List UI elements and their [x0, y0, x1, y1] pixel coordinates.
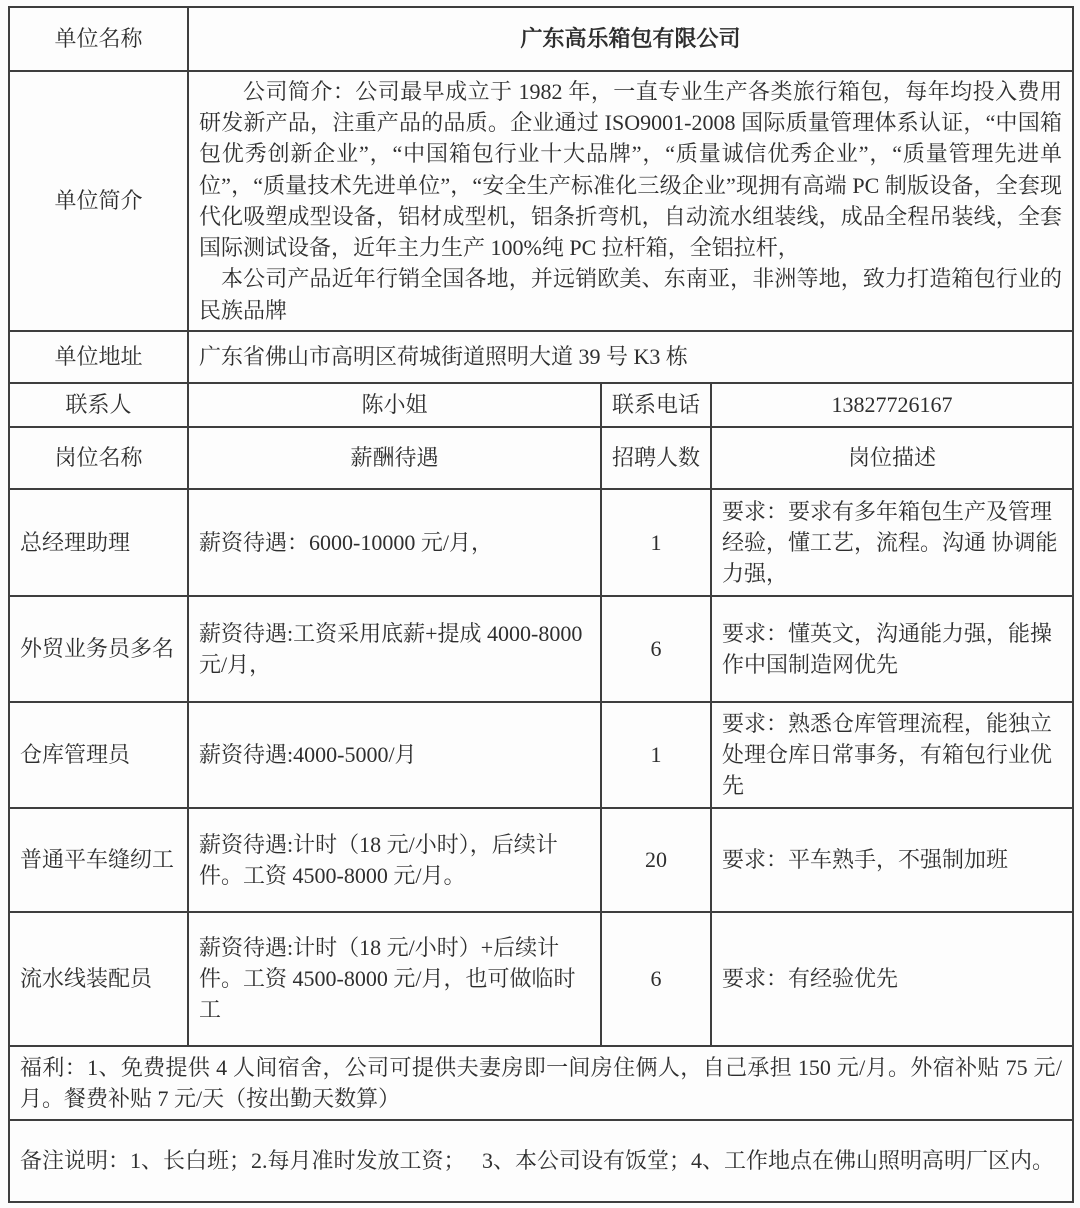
job-description: 要求：熟悉仓库管理流程，能独立处理仓库日常事务，有箱包行业优先 — [711, 702, 1073, 808]
job-row: 总经理助理 薪资待遇：6000-10000 元/月， 1 要求：要求有多年箱包生… — [9, 489, 1073, 596]
benefits-row: 福利：1、免费提供 4 人间宿舍，公司可提供夫妻房即一间房住俩人，自己承担 15… — [9, 1046, 1073, 1120]
job-headcount: 20 — [601, 808, 711, 912]
job-description: 要求：要求有多年箱包生产及管理经验，懂工艺，流程。沟通 协调能力强， — [711, 489, 1073, 596]
job-description: 要求：有经验优先 — [711, 912, 1073, 1046]
job-headcount: 1 — [601, 702, 711, 808]
contact-name: 陈小姐 — [188, 383, 601, 427]
job-title: 外贸业务员多名 — [9, 596, 188, 702]
job-salary: 薪资待遇：6000-10000 元/月， — [188, 489, 601, 596]
job-salary: 薪资待遇:计时（18 元/小时）+后续计件。工资 4500-8000 元/月，也… — [188, 912, 601, 1046]
company-intro-row: 单位简介 公司简介：公司最早成立于 1982 年，一直专业生产各类旅行箱包，每年… — [9, 71, 1073, 331]
company-intro-text: 公司简介：公司最早成立于 1982 年，一直专业生产各类旅行箱包，每年均投入费用… — [188, 71, 1073, 331]
remarks-row: 备注说明：1、长白班；2.每月准时发放工资； 3、本公司设有饭堂；4、工作地点在… — [9, 1120, 1073, 1202]
intro-paragraph-1: 公司简介：公司最早成立于 1982 年，一直专业生产各类旅行箱包，每年均投入费用… — [199, 76, 1062, 263]
company-address-row: 单位地址 广东省佛山市高明区荷城街道照明大道 39 号 K3 栋 — [9, 331, 1073, 383]
company-name-row: 单位名称 广东高乐箱包有限公司 — [9, 7, 1073, 71]
recruitment-table: 单位名称 广东高乐箱包有限公司 单位简介 公司简介：公司最早成立于 1982 年… — [8, 6, 1074, 1203]
benefits-text: 福利：1、免费提供 4 人间宿舍，公司可提供夫妻房即一间房住俩人，自己承担 15… — [9, 1046, 1073, 1120]
job-row: 普通平车缝纫工 薪资待遇:计时（18 元/小时），后续计件。工资 4500-80… — [9, 808, 1073, 912]
column-header-salary: 薪酬待遇 — [188, 427, 601, 489]
remarks-text: 备注说明：1、长白班；2.每月准时发放工资； 3、本公司设有饭堂；4、工作地点在… — [9, 1120, 1073, 1202]
job-headcount: 1 — [601, 489, 711, 596]
job-salary: 薪资待遇:4000-5000/月 — [188, 702, 601, 808]
phone-label: 联系电话 — [601, 383, 711, 427]
job-title: 总经理助理 — [9, 489, 188, 596]
contact-label: 联系人 — [9, 383, 188, 427]
company-name-label: 单位名称 — [9, 7, 188, 71]
job-description: 要求：平车熟手，不强制加班 — [711, 808, 1073, 912]
company-address-label: 单位地址 — [9, 331, 188, 383]
job-title: 流水线装配员 — [9, 912, 188, 1046]
column-header-headcount: 招聘人数 — [601, 427, 711, 489]
company-intro-label: 单位简介 — [9, 71, 188, 331]
job-salary: 薪资待遇:工资采用底薪+提成 4000-8000 元/月， — [188, 596, 601, 702]
job-headcount: 6 — [601, 596, 711, 702]
job-row: 外贸业务员多名 薪资待遇:工资采用底薪+提成 4000-8000 元/月， 6 … — [9, 596, 1073, 702]
job-title: 仓库管理员 — [9, 702, 188, 808]
column-header-row: 岗位名称 薪酬待遇 招聘人数 岗位描述 — [9, 427, 1073, 489]
column-header-job-title: 岗位名称 — [9, 427, 188, 489]
job-title: 普通平车缝纫工 — [9, 808, 188, 912]
company-address-value: 广东省佛山市高明区荷城街道照明大道 39 号 K3 栋 — [188, 331, 1073, 383]
company-name-value: 广东高乐箱包有限公司 — [188, 7, 1073, 71]
phone-number: 13827726167 — [711, 383, 1073, 427]
column-header-description: 岗位描述 — [711, 427, 1073, 489]
job-headcount: 6 — [601, 912, 711, 1046]
job-row: 仓库管理员 薪资待遇:4000-5000/月 1 要求：熟悉仓库管理流程，能独立… — [9, 702, 1073, 808]
document-page: 单位名称 广东高乐箱包有限公司 单位简介 公司简介：公司最早成立于 1982 年… — [0, 0, 1080, 1208]
intro-paragraph-2: 本公司产品近年行销全国各地，并远销欧美、东南亚，非洲等地，致力打造箱包行业的民族… — [199, 263, 1062, 325]
contact-row: 联系人 陈小姐 联系电话 13827726167 — [9, 383, 1073, 427]
job-row: 流水线装配员 薪资待遇:计时（18 元/小时）+后续计件。工资 4500-800… — [9, 912, 1073, 1046]
job-salary: 薪资待遇:计时（18 元/小时），后续计件。工资 4500-8000 元/月。 — [188, 808, 601, 912]
job-description: 要求：懂英文，沟通能力强，能操作中国制造网优先 — [711, 596, 1073, 702]
